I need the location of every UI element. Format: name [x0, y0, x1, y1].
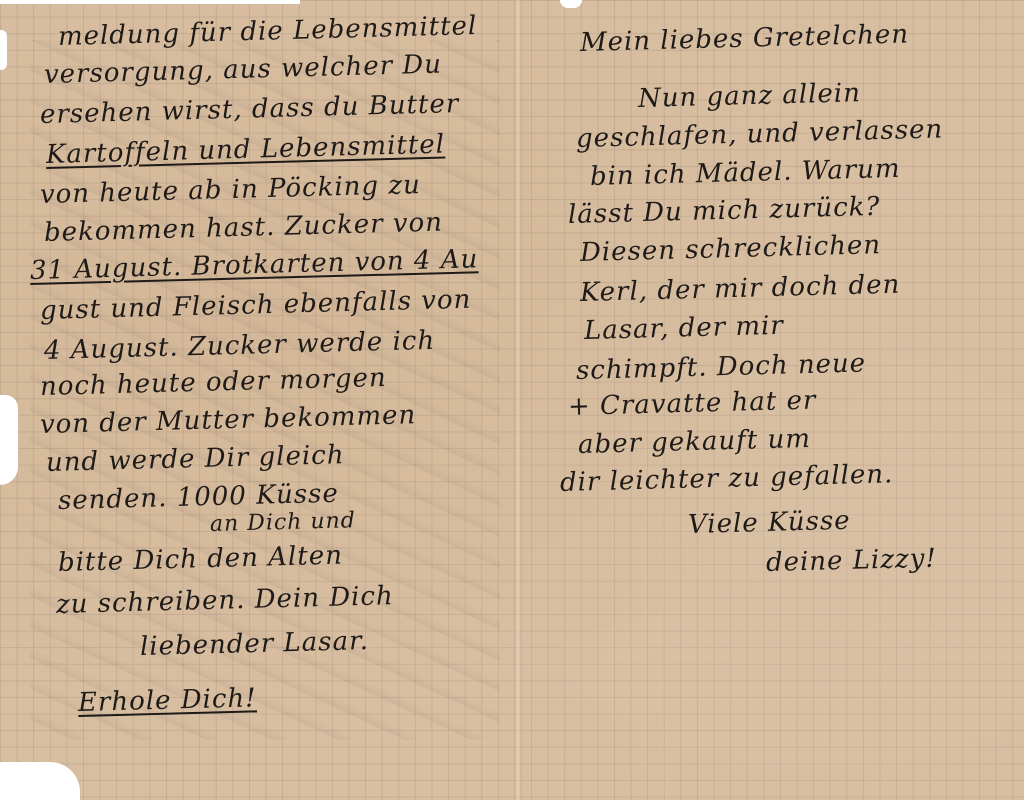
letter-line: Lasar, der mir	[584, 311, 785, 346]
letter-line: Diesen schrecklichen	[580, 230, 882, 268]
letter-line: und werde Dir gleich	[46, 440, 345, 478]
letter-line: geschlafen, und verlassen	[576, 114, 944, 154]
letter-line: von heute ab in Pöcking zu	[40, 170, 422, 210]
letter-line: bin ich Mädel. Warum	[590, 154, 901, 192]
letter-line: Kartoffeln und Lebensmittel	[46, 130, 446, 170]
signature: deine Lizzy!	[766, 544, 938, 578]
letter-line: + Cravatte hat er	[568, 386, 817, 422]
left-page: meldung für die Lebensmittel versorgung,…	[0, 0, 518, 800]
letter-line: aber gekauft um	[578, 424, 812, 460]
letter-line: noch heute oder morgen	[40, 363, 388, 402]
letter-line: gust und Fleisch ebenfalls von	[40, 285, 472, 326]
paper-edge	[0, 0, 300, 4]
closing: Viele Küsse	[688, 506, 851, 540]
letter-line: meldung für die Lebensmittel	[58, 11, 478, 52]
letter-line: Kerl, der mir doch den	[580, 270, 901, 308]
signature: liebender Lasar.	[140, 626, 370, 662]
right-page: Mein liebes Gretelchen Nun ganz allein g…	[518, 0, 1024, 800]
letter-line: Erhole Dich!	[78, 683, 257, 718]
letter-line: an Dich und	[210, 508, 356, 537]
letter-line: von der Mutter bekommen	[40, 400, 417, 440]
letter-line: zu schreiben. Dein Dich	[56, 581, 394, 620]
letter-line: 31 August. Brotkarten von 4 Au	[30, 244, 479, 286]
letter-line: 4 August. Zucker werde ich	[44, 326, 436, 366]
letter-line: ersehen wirst, dass du Butter	[40, 89, 460, 130]
salutation: Mein liebes Gretelchen	[580, 19, 910, 58]
letter-sheet: meldung für die Lebensmittel versorgung,…	[0, 0, 1024, 800]
letter-line: dir leichter zu gefallen.	[560, 459, 894, 498]
letter-line: bitte Dich den Alten	[58, 541, 344, 578]
letter-line: bekommen hast. Zucker von	[44, 208, 444, 248]
paper-tear	[0, 30, 7, 70]
letter-line: schimpft. Doch neue	[576, 348, 867, 386]
paper-tear	[0, 395, 18, 485]
letter-line: versorgung, aus welcher Du	[44, 50, 443, 90]
letter-line: lässt Du mich zurück?	[568, 192, 881, 230]
paper-tear	[0, 762, 80, 800]
letter-line: Nun ganz allein	[638, 78, 862, 114]
